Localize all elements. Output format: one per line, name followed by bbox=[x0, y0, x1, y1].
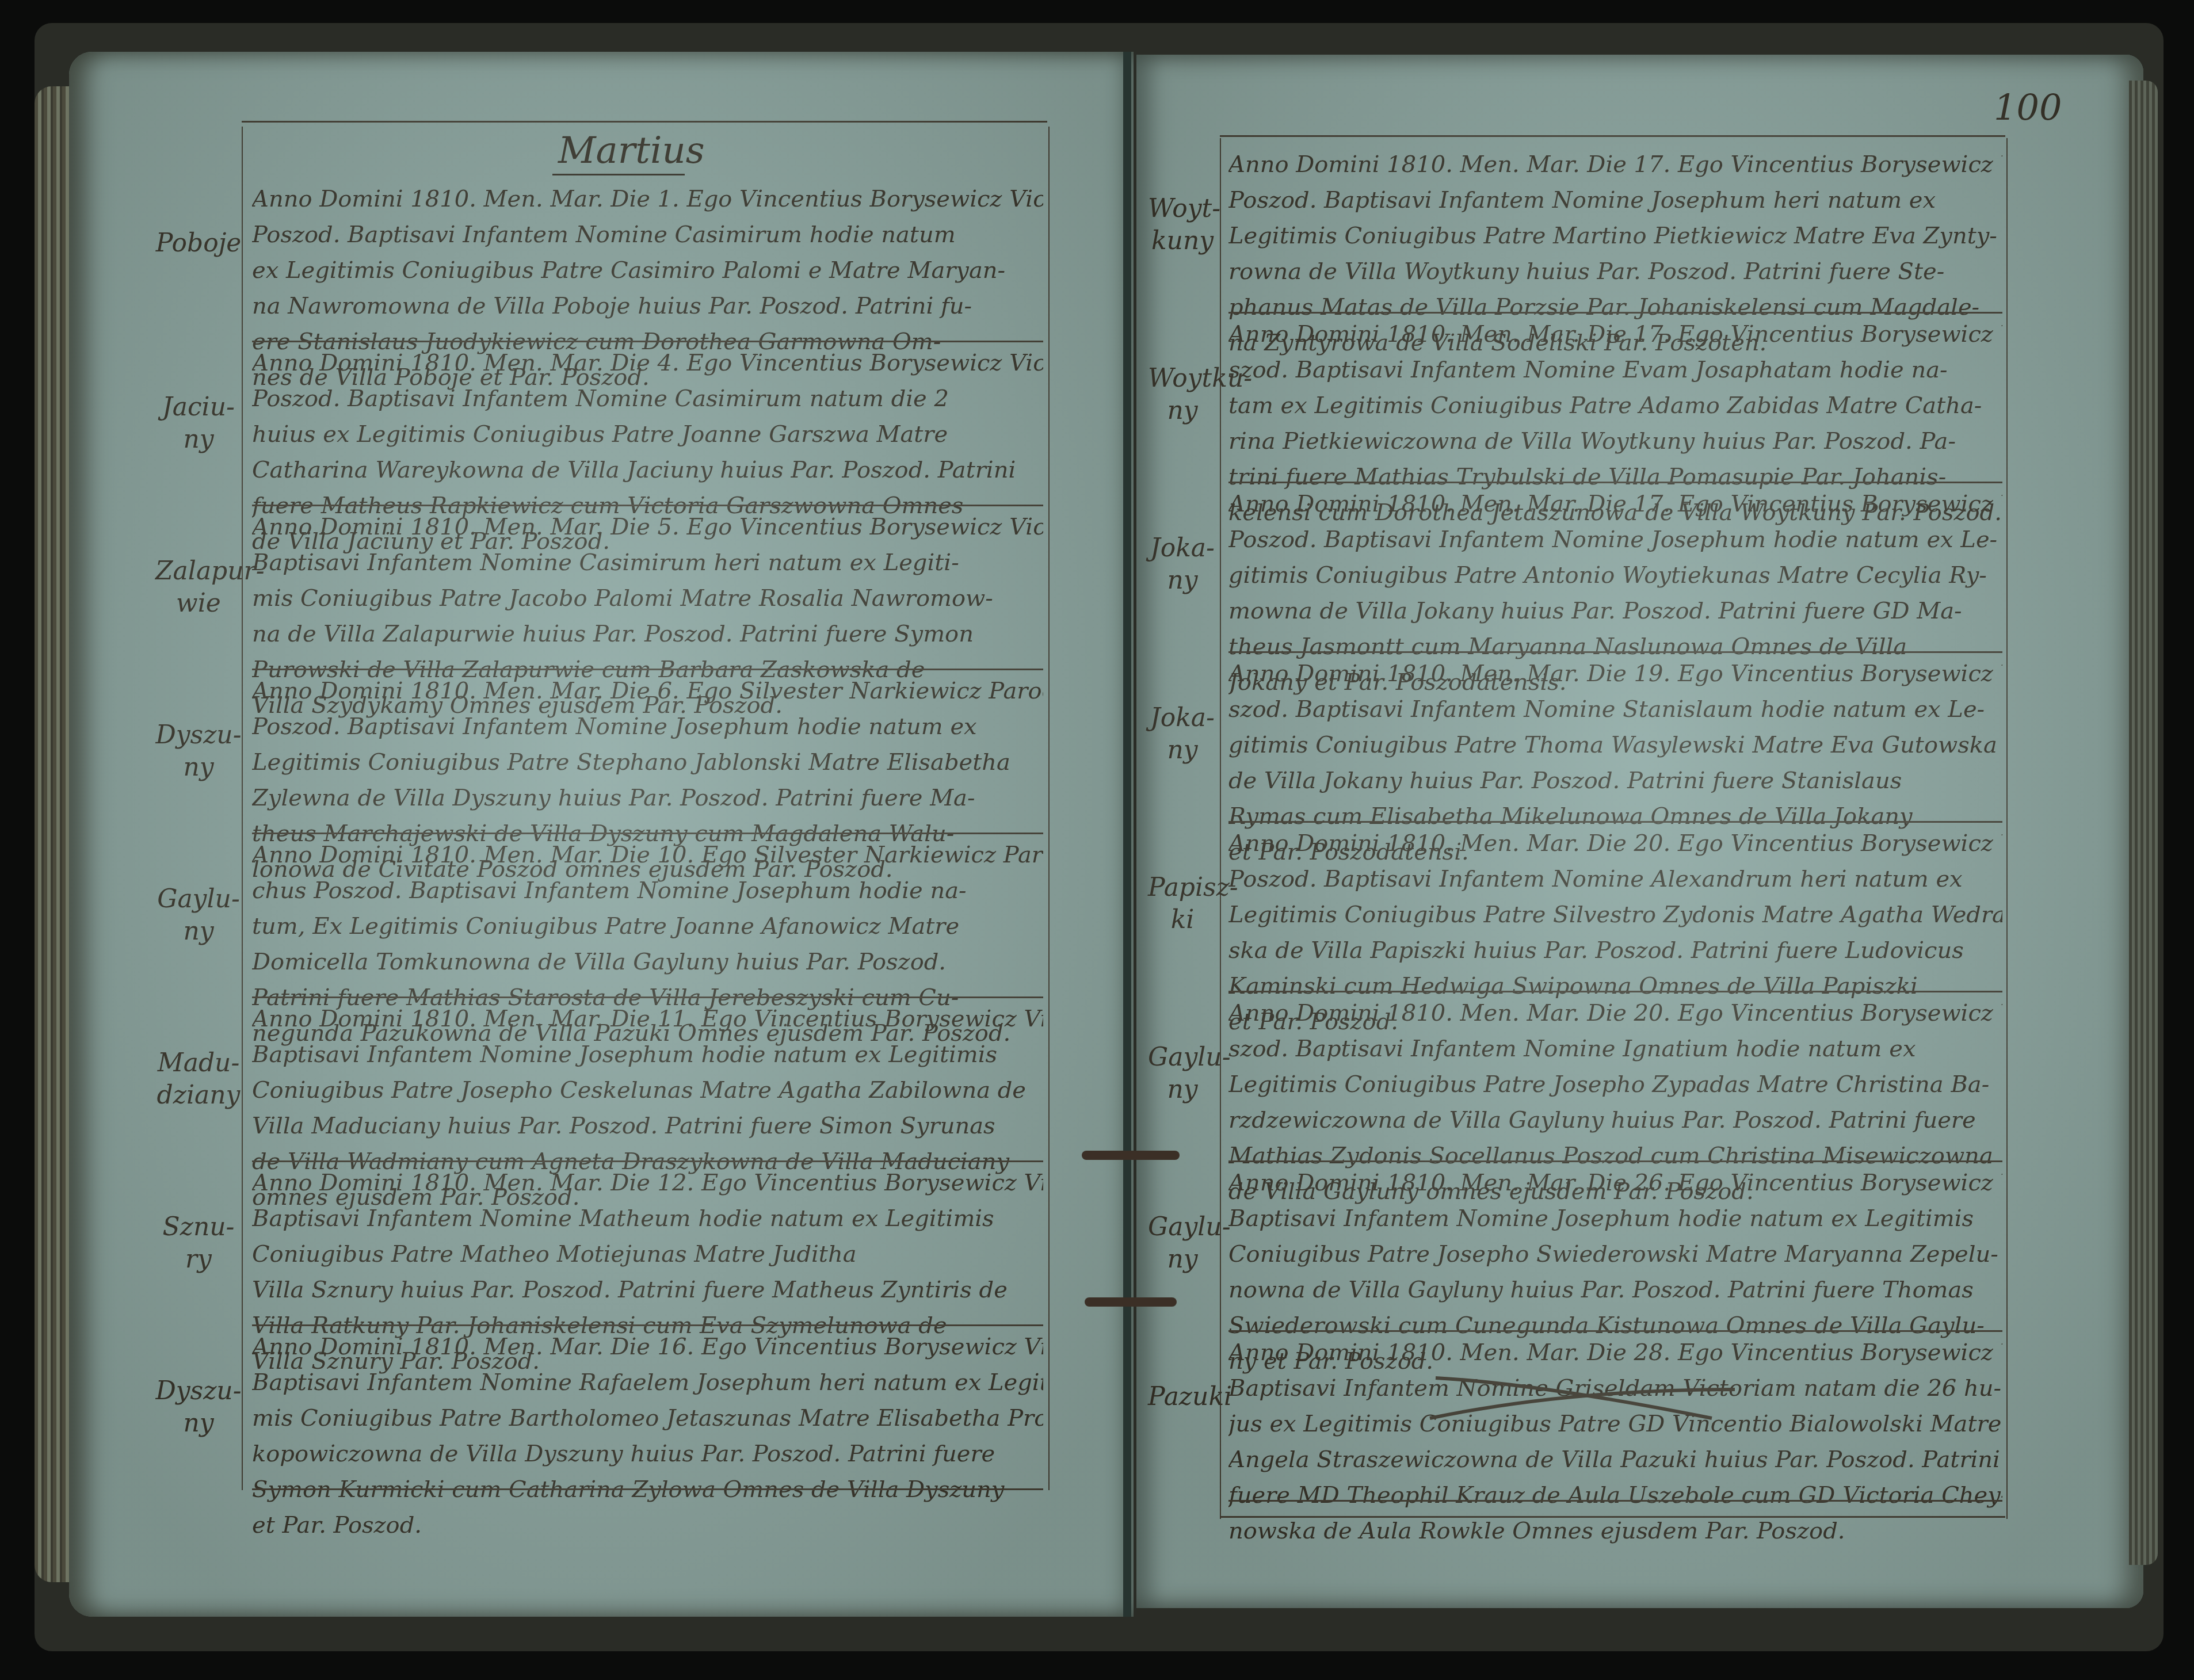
entry-divider bbox=[1228, 312, 2002, 314]
entry-line: Poszod. Baptisavi Infantem Nomine Joseph… bbox=[1228, 522, 2002, 558]
entry-line: ska de Villa Papiszki huius Par. Poszod.… bbox=[1228, 933, 2002, 968]
entry-line: Anno Domini 1810. Men. Mar. Die 17. Ego … bbox=[1228, 147, 2002, 182]
entry-line: Anno Domini 1810. Men. Mar. Die 11. Ego … bbox=[252, 1001, 1043, 1037]
entry-divider bbox=[252, 1488, 1043, 1490]
entry-line: Anno Domini 1810. Men. Mar. Die 5. Ego V… bbox=[252, 509, 1043, 545]
page-number: 100 bbox=[1994, 86, 2062, 128]
village-margin-note: Gaylu-ny bbox=[1148, 1041, 1217, 1106]
village-margin-note: Joka-ny bbox=[1148, 532, 1217, 597]
entry-line: Anno Domini 1810. Men. Mar. Die 17. Ego … bbox=[1228, 316, 2002, 352]
entry-line: Coniugibus Patre Matheo Motiejunas Matre… bbox=[252, 1236, 1043, 1272]
village-margin-note: Papisz-ki bbox=[1148, 872, 1217, 936]
entry-line: ex Legitimis Coniugibus Patre Casimiro P… bbox=[252, 253, 1043, 288]
entry-line: Villa Maduciany huius Par. Poszod. Patri… bbox=[252, 1108, 1043, 1144]
entry-line: fuere MD Theophil Krauz de Aula Uszebole… bbox=[1228, 1477, 2002, 1513]
entry-divider bbox=[252, 996, 1043, 998]
entry-line: Baptisavi Infantem Nomine Josephum hodie… bbox=[1228, 1201, 2002, 1236]
entry-line: Poszod. Baptisavi Infantem Nomine Joseph… bbox=[252, 709, 1043, 744]
entry-line: de Villa Jokany huius Par. Poszod. Patri… bbox=[1228, 763, 2002, 799]
village-margin-note: Joka-ny bbox=[1148, 702, 1217, 766]
entry-divider bbox=[1228, 1500, 2002, 1502]
spine bbox=[1123, 52, 1131, 1617]
entry-line: nowska de Aula Rowkle Omnes ejusdem Par.… bbox=[1228, 1513, 2002, 1549]
binding-thread bbox=[1082, 1151, 1180, 1160]
village-margin-note: Jaciu-ny bbox=[155, 391, 242, 456]
entry-line: chus Poszod. Baptisavi Infantem Nomine J… bbox=[252, 873, 1043, 908]
village-margin-note: Woytku-ny bbox=[1148, 362, 1217, 427]
village-margin-note: Woyt-kuny bbox=[1148, 193, 1217, 257]
entry-line: gitimis Coniugibus Patre Antonio Woytiek… bbox=[1228, 558, 2002, 593]
entry-line: Legitimis Coniugibus Patre Josepho Zypad… bbox=[1228, 1067, 2002, 1102]
entry-line: Legitimis Coniugibus Patre Silvestro Zyd… bbox=[1228, 897, 2002, 933]
entry-line: Anno Domini 1810. Men. Mar. Die 10. Ego … bbox=[252, 837, 1043, 873]
top-rule bbox=[242, 121, 1047, 123]
entry-line: Anno Domini 1810. Men. Mar. Die 6. Ego S… bbox=[252, 673, 1043, 709]
entry-line: Anno Domini 1810. Men. Mar. Die 12. Ego … bbox=[252, 1165, 1043, 1201]
village-margin-note: Dyszu-ny bbox=[155, 719, 242, 784]
entry-line: Anno Domini 1810. Men. Mar. Die 4. Ego V… bbox=[252, 345, 1043, 381]
entry-line: nowna de Villa Gayluny huius Par. Poszod… bbox=[1228, 1272, 2002, 1308]
entry-line: Anno Domini 1810. Men. Mar. Die 20. Ego … bbox=[1228, 826, 2002, 861]
entry-line: Villa Sznury huius Par. Poszod. Patrini … bbox=[252, 1272, 1043, 1308]
entry-line: mis Coniugibus Patre Bartholomeo Jetaszu… bbox=[252, 1400, 1043, 1436]
entry-line: rowna de Villa Woytkuny huius Par. Poszo… bbox=[1228, 254, 2002, 289]
entry-line: mis Coniugibus Patre Jacobo Palomi Matre… bbox=[252, 581, 1043, 616]
entry-divider bbox=[1228, 991, 2002, 992]
entry-divider bbox=[1228, 821, 2002, 823]
entry-line: Angela Straszewiczowna de Villa Pazuki h… bbox=[1228, 1442, 2002, 1477]
entry-line: rina Pietkiewiczowna de Villa Woytkuny h… bbox=[1228, 423, 2002, 459]
entry-divider bbox=[252, 1324, 1043, 1326]
entry-line: Anno Domini 1810. Men. Mar. Die 28. Ego … bbox=[1228, 1335, 2002, 1370]
village-margin-note: Zalapur-wie bbox=[155, 555, 242, 620]
right-page: 100 Woyt-kunyAnno Domini 1810. Men. Mar.… bbox=[1136, 55, 2143, 1608]
entry-divider bbox=[252, 505, 1043, 506]
entry-divider bbox=[1228, 651, 2002, 653]
entry-line: Poszod. Baptisavi Infantem Nomine Casimi… bbox=[252, 217, 1043, 253]
entry-line: szod. Baptisavi Infantem Nomine Ignatium… bbox=[1228, 1031, 2002, 1067]
entry-line: na de Villa Zalapurwie huius Par. Poszod… bbox=[252, 616, 1043, 652]
entry-line: Poszod. Baptisavi Infantem Nomine Joseph… bbox=[1228, 182, 2002, 218]
entry-line: Baptisavi Infantem Nomine Rafaelem Josep… bbox=[252, 1365, 1043, 1400]
entry-line: Catharina Wareykowna de Villa Jaciuny hu… bbox=[252, 452, 1043, 488]
entry-line: tam ex Legitimis Coniugibus Patre Adamo … bbox=[1228, 388, 2002, 423]
entry-line: Baptisavi Infantem Nomine Matheum hodie … bbox=[252, 1201, 1043, 1236]
entry-line: na Nawromowna de Villa Poboje huius Par.… bbox=[252, 288, 1043, 324]
entry-line: szod. Baptisavi Infantem Nomine Evam Jos… bbox=[1228, 352, 2002, 388]
village-margin-note: Madu-dziany bbox=[155, 1047, 242, 1112]
village-margin-note: Dyszu-ny bbox=[155, 1375, 242, 1440]
bottom-rule bbox=[1220, 1516, 2005, 1518]
entry-line: et Par. Poszod. bbox=[252, 1507, 1043, 1543]
entry-line: mowna de Villa Jokany huius Par. Poszod.… bbox=[1228, 593, 2002, 629]
entry-line: Anno Domini 1810. Men. Mar. Die 1. Ego V… bbox=[252, 181, 1043, 217]
entry-divider bbox=[252, 1160, 1043, 1162]
entry-line: Legitimis Coniugibus Patre Martino Pietk… bbox=[1228, 218, 2002, 254]
entry-line: gitimis Coniugibus Patre Thoma Wasylewsk… bbox=[1228, 727, 2002, 763]
entry-line: Baptisavi Infantem Nomine Casimirum heri… bbox=[252, 545, 1043, 581]
left-page: Martius PobojeAnno Domini 1810. Men. Mar… bbox=[69, 52, 1134, 1617]
entry-line: Baptisavi Infantem Nomine Josephum hodie… bbox=[252, 1037, 1043, 1072]
entry-line: huius ex Legitimis Coniugibus Patre Joan… bbox=[252, 417, 1043, 452]
entry-divider bbox=[252, 669, 1043, 670]
entry-line: Poszod. Baptisavi Infantem Nomine Casimi… bbox=[252, 381, 1043, 417]
entry-line: Anno Domini 1810. Men. Mar. Die 17. Ego … bbox=[1228, 486, 2002, 522]
village-margin-note: Gaylu-ny bbox=[1148, 1211, 1217, 1276]
entry-divider bbox=[252, 341, 1043, 342]
entry-line: Coniugibus Patre Josepho Ceskelunas Matr… bbox=[252, 1072, 1043, 1108]
entry-divider bbox=[252, 833, 1043, 834]
top-rule bbox=[1220, 135, 2005, 137]
entry-line: rzdzewiczowna de Villa Gayluny huius Par… bbox=[1228, 1102, 2002, 1138]
binding-thread bbox=[1085, 1297, 1177, 1307]
entry-line: Domicella Tomkunowna de Villa Gayluny hu… bbox=[252, 944, 1043, 980]
entry-line: Anno Domini 1810. Men. Mar. Die 20. Ego … bbox=[1228, 995, 2002, 1031]
page-edges-right bbox=[2129, 81, 2158, 1565]
cross-out-mark bbox=[1424, 1372, 1746, 1424]
entry-line: Anno Domini 1810. Men. Mar. Die 16. Ego … bbox=[252, 1329, 1043, 1365]
entry-line: szod. Baptisavi Infantem Nomine Stanisla… bbox=[1228, 692, 2002, 727]
village-margin-note: Pazuki bbox=[1148, 1381, 1217, 1413]
village-margin-note: Poboje bbox=[155, 227, 242, 259]
village-margin-note: Sznu-ry bbox=[155, 1211, 242, 1276]
entry-divider bbox=[1228, 1330, 2002, 1332]
village-margin-note: Gaylu-ny bbox=[155, 883, 242, 948]
entry-line: kopowiczowna de Villa Dyszuny huius Par.… bbox=[252, 1436, 1043, 1472]
entry-line: tum, Ex Legitimis Coniugibus Patre Joann… bbox=[252, 908, 1043, 944]
entry-divider bbox=[1228, 482, 2002, 483]
entry-line: Coniugibus Patre Josepho Swiederowski Ma… bbox=[1228, 1236, 2002, 1272]
entry-line: Legitimis Coniugibus Patre Stephano Jabl… bbox=[252, 744, 1043, 780]
entry-line: Zylewna de Villa Dyszuny huius Par. Posz… bbox=[252, 780, 1043, 816]
entry-line: Poszod. Baptisavi Infantem Nomine Alexan… bbox=[1228, 861, 2002, 897]
baptism-entry: Anno Domini 1810. Men. Mar. Die 16. Ego … bbox=[252, 1329, 1043, 1543]
entry-line: Anno Domini 1810. Men. Mar. Die 19. Ego … bbox=[1228, 656, 2002, 692]
entry-line: Anno Domini 1810. Men. Mar. Die 26. Ego … bbox=[1228, 1165, 2002, 1201]
entry-divider bbox=[1228, 1160, 2002, 1162]
